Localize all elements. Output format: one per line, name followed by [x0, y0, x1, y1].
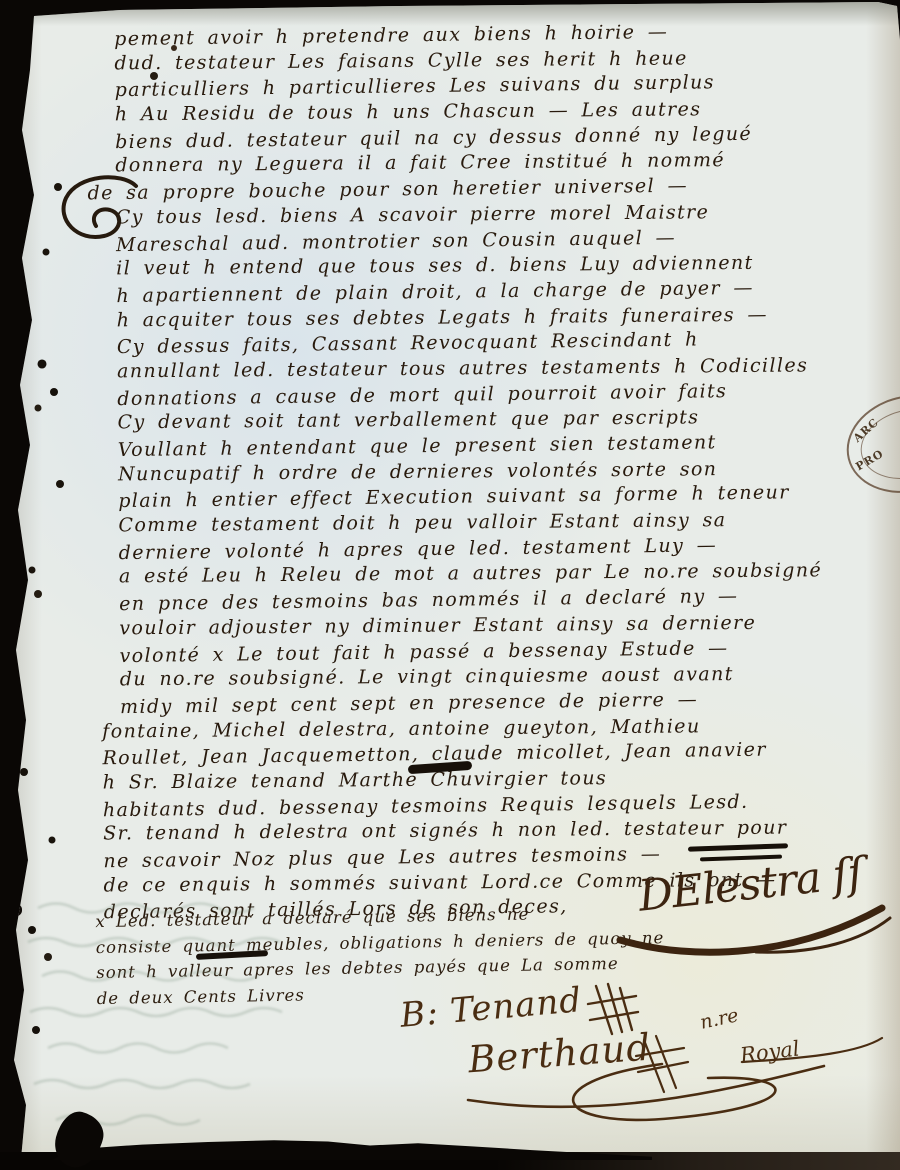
- manuscript-page: pement avoir h pretendre aux biens h hoi…: [0, 0, 900, 1170]
- signature-berthaud-flourish: [412, 1022, 890, 1140]
- paper-edge-specks: [0, 0, 4, 4]
- initial-paraph-flourish-icon: [52, 172, 144, 250]
- archive-stamp-text: PRO: [854, 447, 886, 473]
- manuscript-photograph: pement avoir h pretendre aux biens h hoi…: [0, 0, 900, 1170]
- signature-delestra-flourish: [606, 896, 898, 970]
- manuscript-body-text: pement avoir h pretendre aux biens h hoi…: [114, 19, 900, 925]
